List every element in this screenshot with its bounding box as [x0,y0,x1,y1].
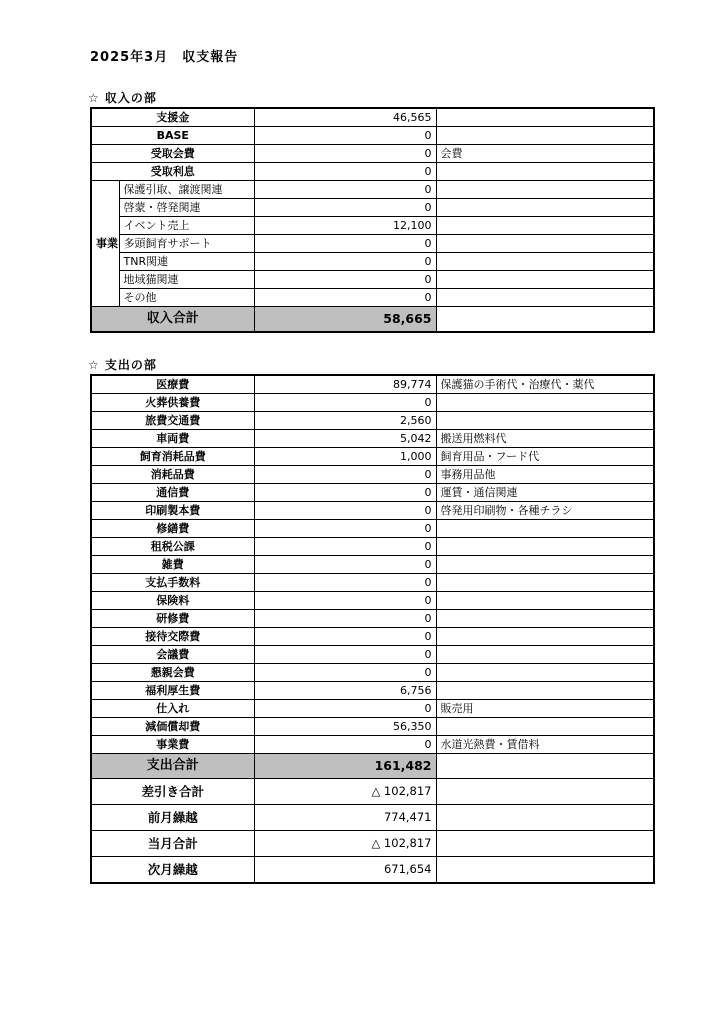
carryover-next-label: 次月繰越 [91,857,254,884]
income-row-note [436,217,654,235]
income-row-amount: 0 [254,163,436,181]
expense-row-note: 啓発用印刷物・各種チラシ [436,502,654,520]
expense-row-label: 懇親会費 [91,664,254,682]
expense-row-label: 会議費 [91,646,254,664]
expense-section-title: ☆ 支出の部 [88,356,157,373]
income-row-amount: 12,100 [254,217,436,235]
expense-row-note [436,556,654,574]
income-row-amount: 0 [254,235,436,253]
month-total-label: 当月合計 [91,831,254,857]
expense-row-label: 減価償却費 [91,718,254,736]
expense-row-label: 租税公課 [91,538,254,556]
table-row: 印刷製本費 0 啓発用印刷物・各種チラシ [91,502,654,520]
month-total-note [436,831,654,857]
expense-row-label: 研修費 [91,610,254,628]
table-row: 車両費 5,042 搬送用燃料代 [91,430,654,448]
expense-row-label: 福利厚生費 [91,682,254,700]
income-row-label: イベント売上 [119,217,254,235]
balance-row: 差引き合計 △ 102,817 [91,779,654,805]
table-row: 事業費 0 水道光熱費・賃借料 [91,736,654,754]
expense-row-note [436,538,654,556]
income-row-label: TNR関連 [119,253,254,271]
table-row: 支援金 46,565 [91,108,654,127]
table-row: 医療費 89,774 保護猫の手術代・治療代・薬代 [91,375,654,394]
expense-row-note [436,574,654,592]
income-row-note [436,163,654,181]
table-row: 受取会費 0 会費 [91,145,654,163]
income-row-label: 地域猫関連 [119,271,254,289]
table-row: 消耗品費 0 事務用品他 [91,466,654,484]
balance-amount: △ 102,817 [254,779,436,805]
expense-row-label: 通信費 [91,484,254,502]
table-row: 事業収益 保護引取、譲渡関連 0 [91,181,654,199]
business-income-group-label: 事業収益 [91,181,119,307]
income-row-amount: 0 [254,145,436,163]
expense-row-amount: 0 [254,520,436,538]
expense-total-label: 支出合計 [91,754,254,779]
expense-row-note [436,394,654,412]
table-row: 租税公課 0 [91,538,654,556]
expense-table: 医療費 89,774 保護猫の手術代・治療代・薬代 火葬供養費 0 旅費交通費 … [90,374,655,884]
income-row-label: 多頭飼育サポート [119,235,254,253]
income-row-note: 会費 [436,145,654,163]
expense-total-note [436,754,654,779]
expense-row-amount: 0 [254,610,436,628]
income-row-label: 支援金 [91,108,254,127]
expense-row-label: 接待交際費 [91,628,254,646]
income-row-note [436,271,654,289]
carryover-prev-amount: 774,471 [254,805,436,831]
table-row: 啓蒙・啓発関連 0 [91,199,654,217]
expense-row-label: 車両費 [91,430,254,448]
income-row-amount: 0 [254,199,436,217]
income-row-note [436,108,654,127]
table-row: 仕入れ 0 販売用 [91,700,654,718]
expense-row-note [436,682,654,700]
table-row: BASE 0 [91,127,654,145]
income-total-amount: 58,665 [254,307,436,333]
month-total-row: 当月合計 △ 102,817 [91,831,654,857]
income-row-note [436,127,654,145]
table-row: 減価償却費 56,350 [91,718,654,736]
expense-row-label: 事業費 [91,736,254,754]
income-row-note [436,289,654,307]
expense-row-amount: 0 [254,538,436,556]
expense-row-note [436,412,654,430]
carryover-next-note [436,857,654,884]
table-row: 旅費交通費 2,560 [91,412,654,430]
expense-row-note [436,718,654,736]
expense-row-note: 事務用品他 [436,466,654,484]
table-row: 地域猫関連 0 [91,271,654,289]
expense-row-note: 販売用 [436,700,654,718]
income-row-note [436,235,654,253]
expense-row-label: 消耗品費 [91,466,254,484]
expense-row-note [436,592,654,610]
month-total-amount: △ 102,817 [254,831,436,857]
carryover-next-row: 次月繰越 671,654 [91,857,654,884]
income-row-label: 受取利息 [91,163,254,181]
income-row-amount: 46,565 [254,108,436,127]
income-row-amount: 0 [254,271,436,289]
table-row: 福利厚生費 6,756 [91,682,654,700]
expense-row-amount: 0 [254,736,436,754]
income-row-label: 啓蒙・啓発関連 [119,199,254,217]
expense-row-label: 飼育消耗品費 [91,448,254,466]
expense-row-note: 搬送用燃料代 [436,430,654,448]
expense-row-amount: 0 [254,592,436,610]
income-row-label: 保護引取、譲渡関連 [119,181,254,199]
expense-row-amount: 0 [254,484,436,502]
table-row: イベント売上 12,100 [91,217,654,235]
expense-row-amount: 2,560 [254,412,436,430]
table-row: 保険料 0 [91,592,654,610]
page-title: 2025年3月 収支報告 [90,46,238,65]
expense-row-amount: 0 [254,466,436,484]
income-row-note [436,253,654,271]
table-row: 多頭飼育サポート 0 [91,235,654,253]
expense-row-label: 支払手数料 [91,574,254,592]
table-row: 支払手数料 0 [91,574,654,592]
expense-row-amount: 6,756 [254,682,436,700]
table-row: 会議費 0 [91,646,654,664]
income-total-row: 収入合計 58,665 [91,307,654,333]
table-row: 通信費 0 運賃・通信関連 [91,484,654,502]
expense-row-label: 医療費 [91,375,254,394]
income-row-label: その他 [119,289,254,307]
income-total-label: 収入合計 [91,307,254,333]
expense-row-note [436,646,654,664]
balance-note [436,779,654,805]
expense-row-label: 印刷製本費 [91,502,254,520]
income-total-note [436,307,654,333]
expense-row-amount: 0 [254,574,436,592]
expense-row-note: 運賃・通信関連 [436,484,654,502]
expense-row-note [436,664,654,682]
expense-row-note [436,610,654,628]
table-row: 接待交際費 0 [91,628,654,646]
expense-row-amount: 0 [254,394,436,412]
expense-row-amount: 0 [254,628,436,646]
expense-row-label: 保険料 [91,592,254,610]
income-row-amount: 0 [254,253,436,271]
expense-row-note [436,628,654,646]
expense-row-label: 旅費交通費 [91,412,254,430]
income-section-title: ☆ 収入の部 [88,89,157,106]
income-table: 支援金 46,565 BASE 0 受取会費 0 会費 受取利息 0 事業収益 … [90,107,655,333]
table-row: 研修費 0 [91,610,654,628]
expense-row-label: 修繕費 [91,520,254,538]
expense-row-amount: 89,774 [254,375,436,394]
carryover-prev-note [436,805,654,831]
expense-row-note [436,520,654,538]
income-row-note [436,199,654,217]
income-row-amount: 0 [254,127,436,145]
report-page: 2025年3月 収支報告 ☆ 収入の部 支援金 46,565 BASE 0 受取… [0,0,724,1024]
income-row-amount: 0 [254,289,436,307]
expense-row-amount: 5,042 [254,430,436,448]
table-row: 雑費 0 [91,556,654,574]
expense-row-amount: 0 [254,664,436,682]
expense-row-label: 火葬供養費 [91,394,254,412]
expense-row-note: 飼育用品・フード代 [436,448,654,466]
expense-row-label: 雑費 [91,556,254,574]
expense-row-amount: 0 [254,646,436,664]
expense-total-amount: 161,482 [254,754,436,779]
expense-row-amount: 1,000 [254,448,436,466]
expense-total-row: 支出合計 161,482 [91,754,654,779]
expense-row-amount: 0 [254,556,436,574]
income-row-note [436,181,654,199]
table-row: 飼育消耗品費 1,000 飼育用品・フード代 [91,448,654,466]
expense-row-note: 水道光熱費・賃借料 [436,736,654,754]
table-row: その他 0 [91,289,654,307]
table-row: 受取利息 0 [91,163,654,181]
expense-row-amount: 0 [254,502,436,520]
carryover-prev-label: 前月繰越 [91,805,254,831]
carryover-next-amount: 671,654 [254,857,436,884]
income-row-amount: 0 [254,181,436,199]
balance-label: 差引き合計 [91,779,254,805]
expense-row-amount: 56,350 [254,718,436,736]
table-row: TNR関連 0 [91,253,654,271]
income-row-label: 受取会費 [91,145,254,163]
table-row: 懇親会費 0 [91,664,654,682]
expense-row-label: 仕入れ [91,700,254,718]
carryover-prev-row: 前月繰越 774,471 [91,805,654,831]
income-row-label: BASE [91,127,254,145]
expense-row-note: 保護猫の手術代・治療代・薬代 [436,375,654,394]
table-row: 火葬供養費 0 [91,394,654,412]
table-row: 修繕費 0 [91,520,654,538]
expense-row-amount: 0 [254,700,436,718]
